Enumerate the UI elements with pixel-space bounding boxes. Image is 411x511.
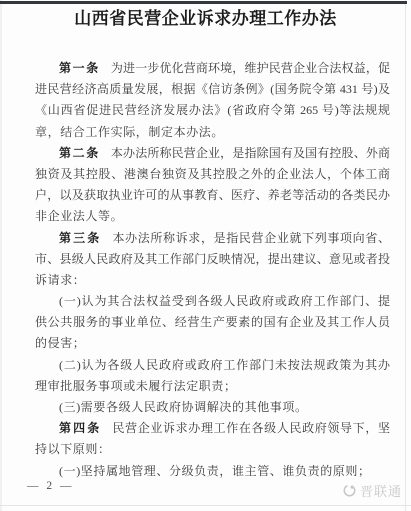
line-text: 诉请求：	[35, 273, 85, 287]
line-text: 持以下原则：	[35, 442, 111, 456]
body-line: 理审批服务事项或未履行法定职责；	[35, 376, 390, 397]
body-line: 第四条民营企业诉求办理工作在各级人民政府领导下，坚	[35, 418, 390, 439]
document-body: 第一条为进一步优化营商环境，维护民营企业合法权益，促 进民营经济高质量发展，根据…	[35, 58, 390, 482]
document-page: 山西省民营企业诉求办理工作办法 第一条为进一步优化营商环境，维护民营企业合法权益…	[0, 0, 411, 511]
body-line: (一)坚持属地管理、分级负责，谁主管、谁负责的原则；	[35, 461, 390, 482]
line-text: 户，以及获取执业许可的从事教育、医疗、养老等活动的各类民办	[35, 188, 390, 202]
body-line: 市、县级人民政府及其工作部门反映情况，提出建议、意见或者投	[35, 249, 390, 270]
line-text: 市、县级人民政府及其工作部门反映情况，提出建议、意见或者投	[35, 252, 390, 266]
body-line: (三)需要各级人民政府协调解决的其他事项。	[35, 397, 390, 418]
body-line: 第一条为进一步优化营商环境，维护民营企业合法权益，促	[35, 58, 390, 79]
body-line: 《山西省促进民营经济发展办法》(省政府令第 265 号)等法规规	[35, 100, 390, 121]
article-1-label: 第一条	[59, 61, 100, 75]
article-3-label: 第三条	[59, 231, 101, 245]
article-2-label: 第二条	[59, 146, 100, 160]
swirl-logo-icon	[342, 483, 357, 498]
body-line: 诉请求：	[35, 270, 390, 291]
page-bottom-edge	[0, 505, 411, 506]
line-text: 独资及其控股、港澳台独资及其控股之外的企业法人，个体工商	[35, 167, 390, 181]
body-line: (二)认为各级人民政府或政府工作部门未按法规政策为其办	[35, 355, 390, 376]
body-line: 的侵害；	[35, 333, 390, 354]
line-text: 供公共服务的事业单位、经营生产要素的国有企业及其工作人员	[35, 315, 390, 329]
article-4-label: 第四条	[59, 421, 101, 435]
line-text: (一)坚持属地管理、分级负责，谁主管、谁负责的原则；	[59, 464, 371, 478]
body-line: 供公共服务的事业单位、经营生产要素的国有企业及其工作人员	[35, 312, 390, 333]
body-line: (一)认为其合法权益受到各级人民政府或政府工作部门、提	[35, 291, 390, 312]
line-text: 本办法所称民营企业，是指除国有及国有控股、外商	[111, 146, 390, 160]
line-text: 本办法所称诉求，是指民营企业就下列事项向省、	[112, 231, 390, 245]
body-line: 非企业法人等。	[35, 206, 390, 227]
body-line: 持以下原则：	[35, 439, 390, 460]
watermark-label: 晋联通	[360, 481, 402, 500]
line-text: 民营企业诉求办理工作在各级人民政府领导下，坚	[112, 421, 390, 435]
line-text: (三)需要各级人民政府协调解决的其他事项。	[59, 400, 308, 414]
line-text: 理审批服务事项或未履行法定职责；	[35, 379, 237, 393]
line-text: 非企业法人等。	[35, 209, 123, 223]
line-text: 章，结合工作实际，制定本办法。	[35, 125, 224, 139]
line-text: 进民营经济高质量发展，根据《信访条例》(国务院令第 431 号)及	[35, 82, 390, 96]
body-line: 第三条本办法所称诉求，是指民营企业就下列事项向省、	[35, 228, 390, 249]
line-text: (二)认为各级人民政府或政府工作部门未按法规政策为其办	[59, 358, 390, 372]
line-text: 的侵害；	[35, 336, 85, 350]
body-line: 独资及其控股、港澳台独资及其控股之外的企业法人，个体工商	[35, 164, 390, 185]
line-text: 《山西省促进民营经济发展办法》(省政府令第 265 号)等法规规	[35, 103, 390, 117]
document-title: 山西省民营企业诉求办理工作办法	[0, 4, 411, 29]
line-text: 为进一步优化营商环境，维护民营企业合法权益，促	[111, 61, 390, 75]
page-left-edge	[0, 0, 2, 511]
body-line: 户，以及获取执业许可的从事教育、医疗、养老等活动的各类民办	[35, 185, 390, 206]
body-line: 第二条本办法所称民营企业，是指除国有及国有控股、外商	[35, 143, 390, 164]
body-line: 进民营经济高质量发展，根据《信访条例》(国务院令第 431 号)及	[35, 79, 390, 100]
body-line: 章，结合工作实际，制定本办法。	[35, 122, 390, 143]
page-number: — 2 —	[27, 480, 74, 492]
watermark: 晋联通	[342, 481, 402, 500]
line-text: (一)认为其合法权益受到各级人民政府或政府工作部门、提	[59, 294, 390, 308]
page-right-edge	[405, 0, 406, 511]
